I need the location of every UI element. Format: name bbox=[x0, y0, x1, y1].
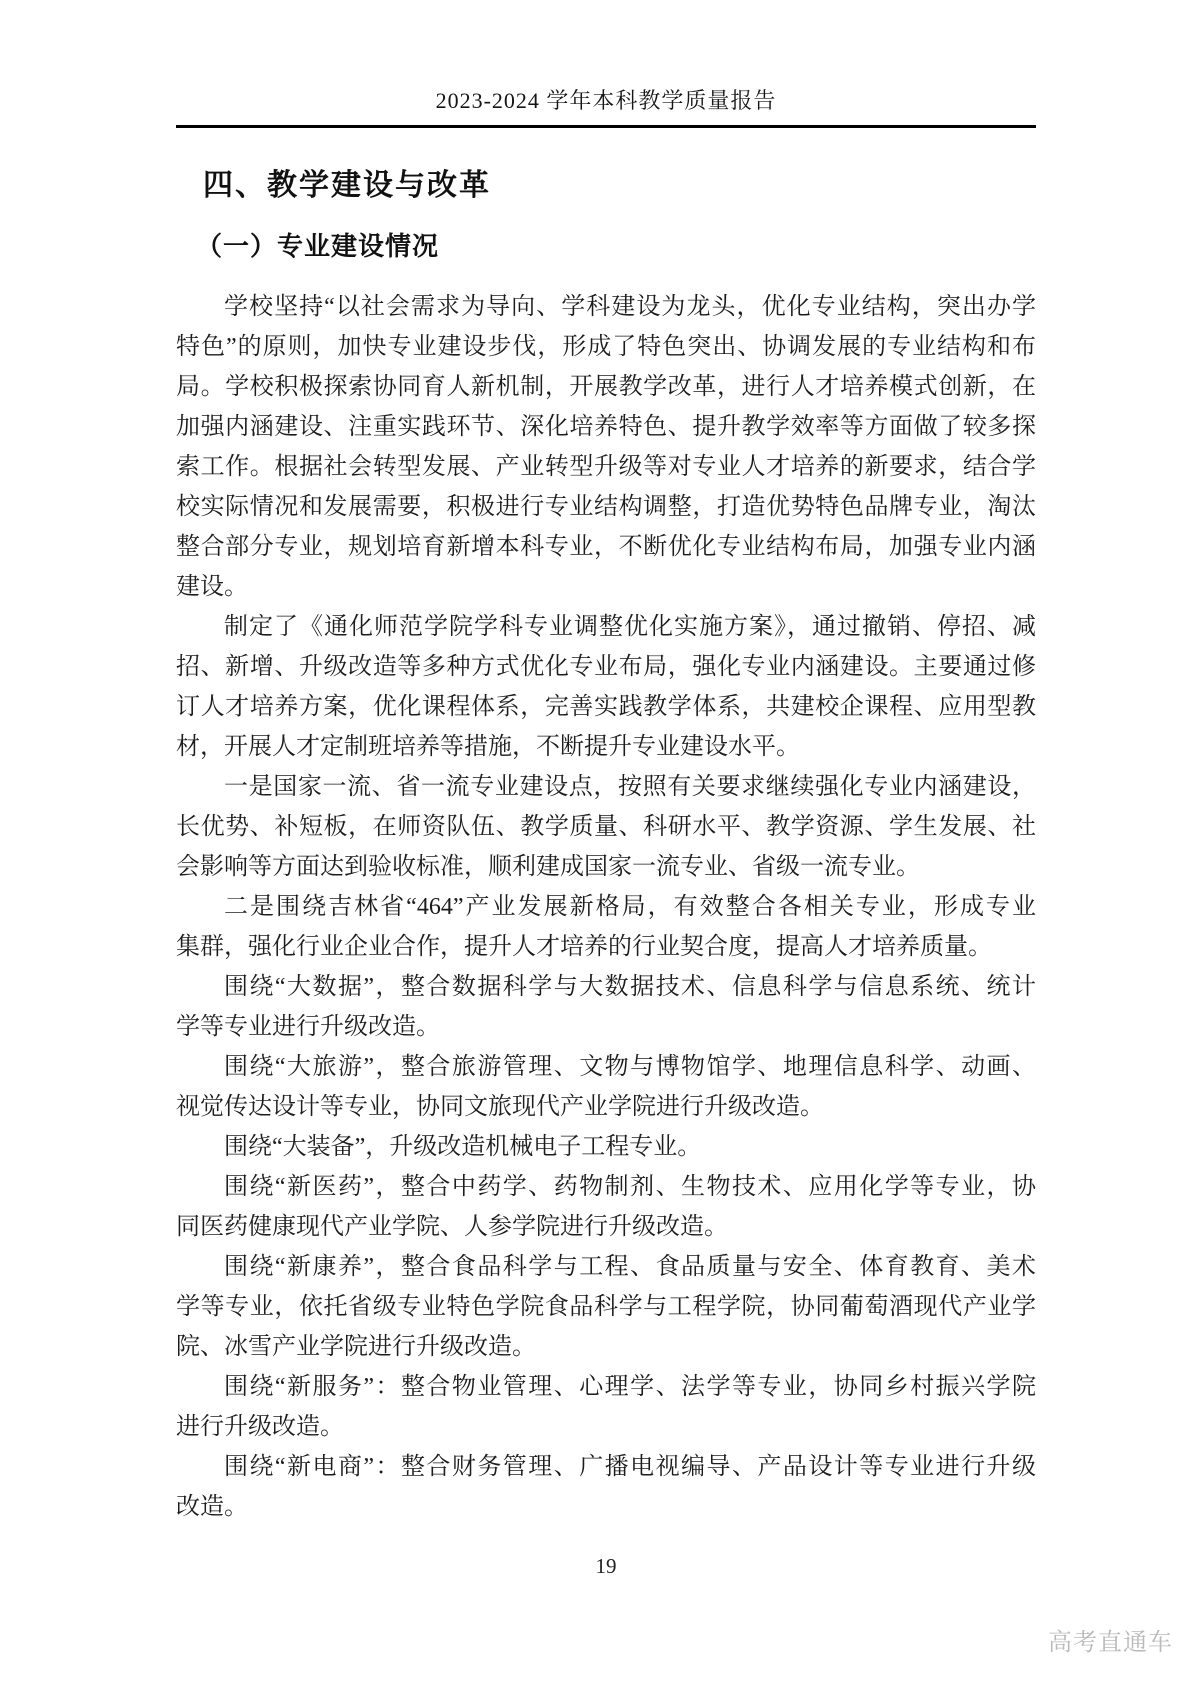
text-line: 学等专业进行升级改造。 bbox=[176, 1007, 1036, 1047]
paragraph: 学校坚持“以社会需求为导向、学科建设为龙头，优化专业结构，突出办学特色”的原则，… bbox=[176, 287, 1036, 607]
page-header-title: 2023-2024 学年本科教学质量报告 bbox=[176, 86, 1036, 116]
text-line: 加强内涵建设、注重实践环节、深化培养特色、提升教学效率等方面做了较多探 bbox=[176, 407, 1036, 447]
text-line: 院、冰雪产业学院进行升级改造。 bbox=[176, 1327, 1036, 1367]
text-line: 建设。 bbox=[176, 567, 1036, 607]
text-line: 围绕“大装备”，升级改造机械电子工程专业。 bbox=[176, 1127, 1036, 1167]
section-title: 四、教学建设与改革 bbox=[176, 166, 1036, 206]
text-line: 局。学校积极探索协同育人新机制，开展教学改革，进行人才培养模式创新，在 bbox=[176, 367, 1036, 407]
text-line: 围绕“新医药”，整合中药学、药物制剂、生物技术、应用化学等专业，协 bbox=[176, 1167, 1036, 1207]
text-line: 同医药健康现代产业学院、人参学院进行升级改造。 bbox=[176, 1207, 1036, 1247]
text-line: 招、新增、升级改造等多种方式优化专业布局，强化专业内涵建设。主要通过修 bbox=[176, 647, 1036, 687]
text-line: 校实际情况和发展需要，积极进行专业结构调整，打造优势特色品牌专业，淘汰 bbox=[176, 487, 1036, 527]
text-line: 订人才培养方案，优化课程体系，完善实践教学体系，共建校企课程、应用型教 bbox=[176, 687, 1036, 727]
paragraph: 二是围绕吉林省“464”产业发展新格局，有效整合各相关专业，形成专业集群，强化行… bbox=[176, 887, 1036, 967]
watermark: 高考直通车 bbox=[1048, 1628, 1173, 1658]
text-line: 制定了《通化师范学院学科专业调整优化实施方案》，通过撤销、停招、减 bbox=[176, 607, 1036, 647]
document-page: 2023-2024 学年本科教学质量报告 四、教学建设与改革 （一）专业建设情况… bbox=[0, 0, 1191, 1684]
body-text: 学校坚持“以社会需求为导向、学科建设为龙头，优化专业结构，突出办学特色”的原则，… bbox=[176, 287, 1036, 1527]
text-line: 二是围绕吉林省“464”产业发展新格局，有效整合各相关专业，形成专业 bbox=[176, 887, 1036, 927]
text-line: 长优势、补短板，在师资队伍、教学质量、科研水平、教学资源、学生发展、社 bbox=[176, 807, 1036, 847]
text-line: 视觉传达设计等专业，协同文旅现代产业学院进行升级改造。 bbox=[176, 1087, 1036, 1127]
text-line: 学等专业，依托省级专业特色学院食品科学与工程学院，协同葡萄酒现代产业学 bbox=[176, 1287, 1036, 1327]
paragraph: 围绕“大旅游”，整合旅游管理、文物与博物馆学、地理信息科学、动画、视觉传达设计等… bbox=[176, 1047, 1036, 1127]
paragraph: 一是国家一流、省一流专业建设点，按照有关要求继续强化专业内涵建设，长优势、补短板… bbox=[176, 767, 1036, 887]
text-line: 一是国家一流、省一流专业建设点，按照有关要求继续强化专业内涵建设， bbox=[176, 767, 1036, 807]
text-line: 集群，强化行业企业合作，提升人才培养的行业契合度，提高人才培养质量。 bbox=[176, 927, 1036, 967]
paragraph: 围绕“新服务”：整合物业管理、心理学、法学等专业，协同乡村振兴学院进行升级改造。 bbox=[176, 1367, 1036, 1447]
text-line: 围绕“新电商”：整合财务管理、广播电视编导、产品设计等专业进行升级 bbox=[176, 1447, 1036, 1487]
paragraph: 围绕“大数据”，整合数据科学与大数据技术、信息科学与信息系统、统计学等专业进行升… bbox=[176, 967, 1036, 1047]
page-number: 19 bbox=[176, 1552, 1036, 1580]
paragraph: 围绕“新电商”：整合财务管理、广播电视编导、产品设计等专业进行升级改造。 bbox=[176, 1447, 1036, 1527]
subsection-title: （一）专业建设情况 bbox=[176, 228, 1036, 264]
text-line: 材，开展人才定制班培养等措施，不断提升专业建设水平。 bbox=[176, 727, 1036, 767]
text-line: 进行升级改造。 bbox=[176, 1407, 1036, 1447]
text-line: 围绕“大数据”，整合数据科学与大数据技术、信息科学与信息系统、统计 bbox=[176, 967, 1036, 1007]
text-line: 围绕“大旅游”，整合旅游管理、文物与博物馆学、地理信息科学、动画、 bbox=[176, 1047, 1036, 1087]
header-rule bbox=[176, 125, 1036, 128]
text-line: 围绕“新服务”：整合物业管理、心理学、法学等专业，协同乡村振兴学院 bbox=[176, 1367, 1036, 1407]
paragraph: 围绕“新康养”，整合食品科学与工程、食品质量与安全、体育教育、美术学等专业，依托… bbox=[176, 1247, 1036, 1367]
text-line: 改造。 bbox=[176, 1487, 1036, 1527]
text-line: 会影响等方面达到验收标准，顺利建成国家一流专业、省级一流专业。 bbox=[176, 847, 1036, 887]
text-line: 索工作。根据社会转型发展、产业转型升级等对专业人才培养的新要求，结合学 bbox=[176, 447, 1036, 487]
paragraph: 制定了《通化师范学院学科专业调整优化实施方案》，通过撤销、停招、减招、新增、升级… bbox=[176, 607, 1036, 767]
paragraph: 围绕“新医药”，整合中药学、药物制剂、生物技术、应用化学等专业，协同医药健康现代… bbox=[176, 1167, 1036, 1247]
text-line: 围绕“新康养”，整合食品科学与工程、食品质量与安全、体育教育、美术 bbox=[176, 1247, 1036, 1287]
text-line: 学校坚持“以社会需求为导向、学科建设为龙头，优化专业结构，突出办学 bbox=[176, 287, 1036, 327]
paragraph: 围绕“大装备”，升级改造机械电子工程专业。 bbox=[176, 1127, 1036, 1167]
text-line: 整合部分专业，规划培育新增本科专业，不断优化专业结构布局，加强专业内涵 bbox=[176, 527, 1036, 567]
text-line: 特色”的原则，加快专业建设步伐，形成了特色突出、协调发展的专业结构和布 bbox=[176, 327, 1036, 367]
